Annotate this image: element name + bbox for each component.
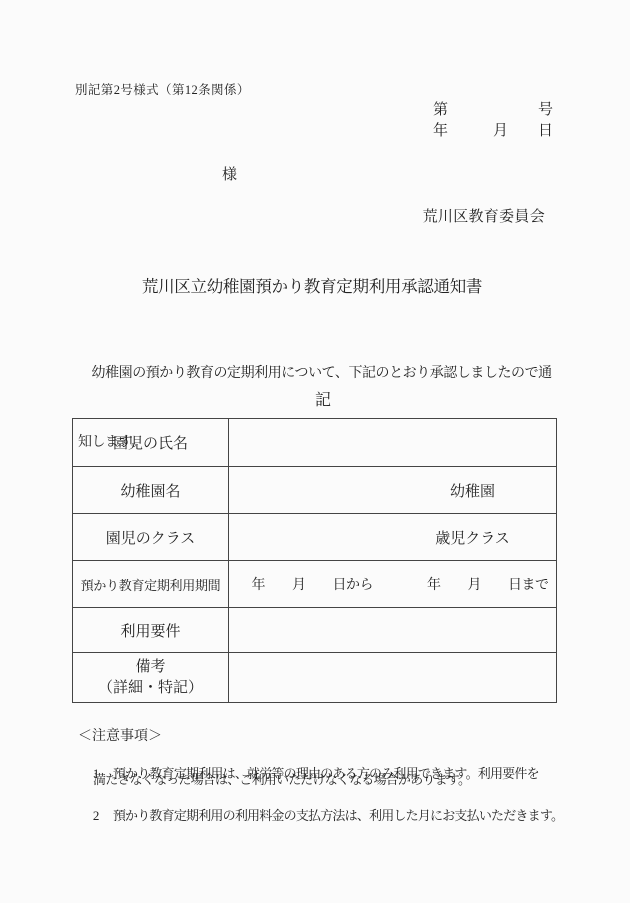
value-kindergarten-name: 幼稚園 <box>229 467 557 514</box>
value-usage-period: 年 月 日から 年 月 日まで <box>229 561 557 608</box>
table-row-child-name: 園児の氏名 <box>73 419 557 467</box>
note-item-1-line-2: 満たさなくなった場合は、ご利用いただけなくなる場合があります。 <box>93 772 470 788</box>
label-child-class: 園児のクラス <box>73 514 229 561</box>
label-usage-requirements: 利用要件 <box>73 608 229 653</box>
note-item-2-number: 2 <box>93 808 113 824</box>
issuer-name: 荒川区教育委員会 <box>423 208 545 227</box>
value-child-name <box>229 419 557 467</box>
table-row-usage-period: 預かり教育定期利用期間 年 月 日から 年 月 日まで <box>73 561 557 608</box>
label-usage-period: 預かり教育定期利用期間 <box>73 561 229 608</box>
value-child-class: 歳児クラス <box>229 514 557 561</box>
label-remarks-sub: （詳細・特記） <box>73 678 228 699</box>
document-title: 荒川区立幼稚園預かり教育定期利用承認通知書 <box>142 277 482 296</box>
table-row-usage-requirements: 利用要件 <box>73 608 557 653</box>
table-row-kindergarten-name: 幼稚園名 幼稚園 <box>73 467 557 514</box>
label-remarks-main: 備考 <box>73 657 228 678</box>
label-remarks: 備考 （詳細・特記） <box>73 653 229 703</box>
date-line: 年 月 日 <box>433 122 553 141</box>
ki-heading: 記 <box>315 392 331 409</box>
addressee-suffix: 様 <box>222 166 237 185</box>
note-item-2-line-1: 2預かり教育定期利用の利用料金の支払方法は、利用した月にお支払いただきます。 <box>83 792 563 841</box>
value-usage-requirements <box>229 608 557 653</box>
title-row: 荒川区立幼稚園預かり教育定期利用承認通知書 <box>0 257 608 318</box>
value-remarks <box>229 653 557 703</box>
document-page: 別記第2号様式（第12条関係） 第 号 年 月 日 様 荒川区教育委員会 荒川区… <box>0 0 630 903</box>
document-number-line: 第 号 <box>433 101 553 120</box>
label-kindergarten-name: 幼稚園名 <box>73 467 229 514</box>
approval-details-table: 園児の氏名 幼稚園名 幼稚園 園児のクラス 歳児クラス 預かり教育定期利用期間 … <box>72 418 557 703</box>
notes-heading: ＜注意事項＞ <box>78 728 162 746</box>
table-row-remarks: 備考 （詳細・特記） <box>73 653 557 703</box>
label-child-name: 園児の氏名 <box>73 419 229 467</box>
table-row-child-class: 園児のクラス 歳児クラス <box>73 514 557 561</box>
note-item-2-text: 預かり教育定期利用の利用料金の支払方法は、利用した月にお支払いただきます。 <box>113 808 563 823</box>
form-reference: 別記第2号様式（第12条関係） <box>75 83 250 99</box>
